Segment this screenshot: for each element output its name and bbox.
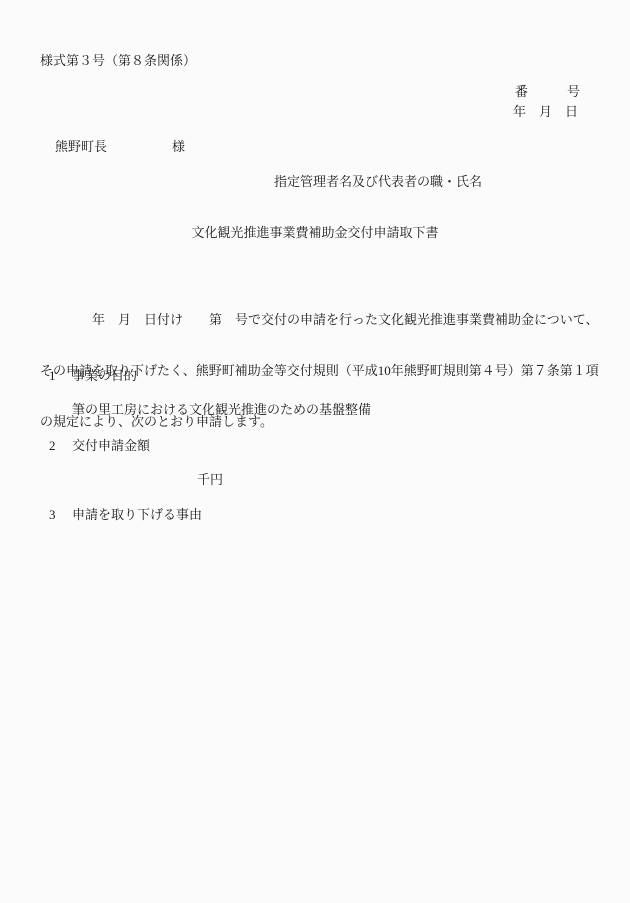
body-line-1: 年 月 日付け 第 号で交付の申請を行った文化観光推進事業費補助金について、 <box>40 310 615 329</box>
item-2-content-unit: 千円 <box>197 472 223 488</box>
item-2-heading: 2 交付申請金額 <box>0 438 630 455</box>
addressee-line: 熊野町長 様 <box>55 139 185 155</box>
item-3-label: 申請を取り下げる事由 <box>72 507 202 523</box>
item-2-label: 交付申請金額 <box>72 438 150 454</box>
item-1-content: 筆の里工房における文化観光推進のための基盤整備 <box>72 402 371 418</box>
doc-date-field: 年 月 日 <box>513 104 578 120</box>
item-2-number: 2 <box>49 438 56 454</box>
doc-number-field: 番 号 <box>515 84 580 100</box>
item-1-number: 1 <box>49 368 56 384</box>
document-title: 文化観光推進事業費補助金交付申請取下書 <box>0 225 630 241</box>
item-3-number: 3 <box>49 507 56 523</box>
item-3-heading: 3 申請を取り下げる事由 <box>0 507 630 524</box>
form-number: 様式第３号（第８条関係） <box>40 53 196 69</box>
document-page: 様式第３号（第８条関係） 番 号 年 月 日 熊野町長 様 指定管理者名及び代表… <box>0 0 630 903</box>
signer-label: 指定管理者名及び代表者の職・氏名 <box>274 174 482 190</box>
item-1-heading: 1 事業の目的 <box>0 368 630 385</box>
item-1-label: 事業の目的 <box>72 368 137 384</box>
